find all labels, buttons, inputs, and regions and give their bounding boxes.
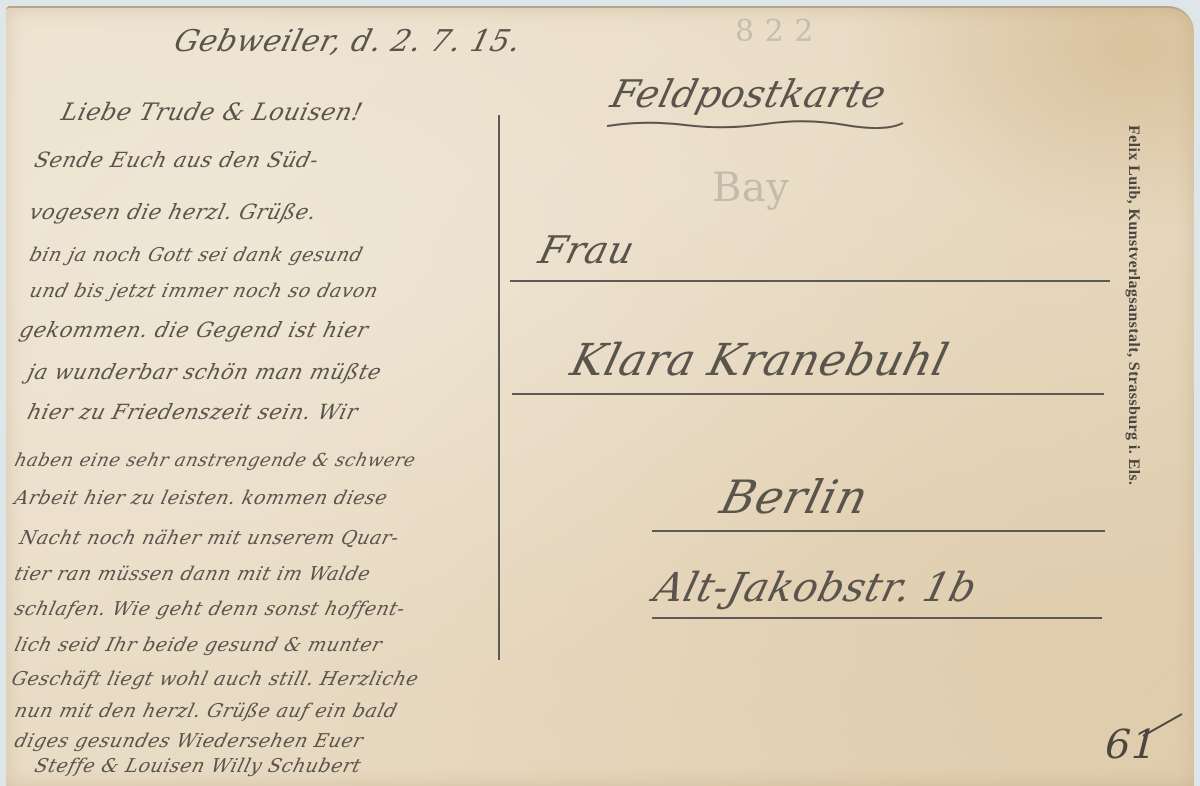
pencil-note-bay: Bay — [712, 165, 789, 211]
address-line-4 — [652, 617, 1102, 619]
message-line: Nacht noch näher mit unserem Quar- — [17, 527, 401, 549]
place-date: Gebweiler, d. 2. 7. 15. — [171, 24, 525, 59]
center-divider — [498, 115, 500, 660]
address-street: Alt-Jakobstr. 1b — [649, 565, 981, 611]
message-line: nun mit den herzl. Grüße auf ein bald — [12, 700, 399, 722]
message-line: lich seid Ihr beide gesund & munter — [12, 634, 384, 656]
message-line: diges gesundes Wiedersehen Euer — [12, 730, 365, 752]
message-line: Sende Euch aus den Süd- — [32, 148, 321, 172]
message-line: und bis jetzt immer noch so davon — [27, 280, 380, 302]
address-line-1 — [510, 280, 1110, 282]
message-line: hier zu Friedenszeit sein. Wir — [25, 400, 361, 424]
message-line: gekommen. die Gegend ist hier — [17, 318, 371, 342]
address-salutation: Frau — [535, 228, 640, 272]
address-city: Berlin — [715, 470, 874, 524]
message-line: haben eine sehr anstrengende & schwere — [12, 450, 418, 471]
message-line: Arbeit hier zu leisten. kommen diese — [12, 487, 390, 509]
pencil-note-number: 8 2 2 — [735, 14, 814, 49]
signature-line: Steffe & Louisen Willy Schubert — [32, 755, 363, 777]
address-line-3 — [652, 530, 1105, 532]
message-line: vogesen die herzl. Grüße. — [27, 200, 319, 224]
publisher-imprint: Felix Luib, Kunstverlagsanstalt, Strassb… — [1124, 125, 1142, 485]
feldpostkarte-heading: Feldpostkarte — [607, 72, 891, 116]
address-line-2 — [512, 393, 1104, 395]
message-line: Geschäft liegt wohl auch still. Herzlich… — [9, 668, 421, 690]
message-line: tier ran müssen dann mit im Walde — [12, 563, 373, 585]
corner-pencil-stroke — [1140, 710, 1185, 740]
message-line: Liebe Trude & Louisen! — [59, 98, 366, 126]
heading-underline — [605, 118, 905, 132]
message-line: schlafen. Wie geht denn sonst hoffent- — [12, 598, 407, 620]
message-line: ja wunderbar schön man müßte — [25, 360, 384, 384]
message-line: bin ja noch Gott sei dank gesund — [27, 244, 365, 266]
address-name: Klara Kranebuhl — [566, 335, 954, 386]
